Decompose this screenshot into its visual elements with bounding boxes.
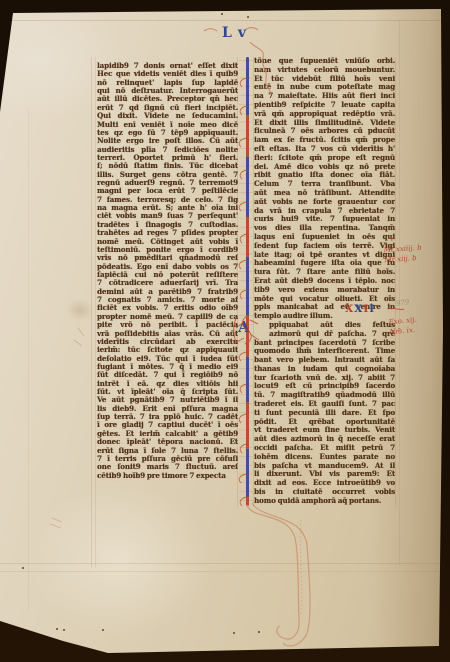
text-line: qui nō deſtruatur. Interrogauerūt bbox=[97, 87, 238, 95]
text-line: Qui dixit. Videte ne ſeducamini. bbox=[97, 112, 238, 120]
manuscript-page: Lv lapidib9 7 donis ornat' eſſet dixitHe… bbox=[0, 0, 450, 662]
text-line: vrīs nō pmēditari qn̄admodū reſ bbox=[97, 254, 238, 262]
ink-dot bbox=[221, 13, 223, 15]
photo-background: Lv lapidib9 7 donis ornat' eſſet dixitHe… bbox=[0, 0, 450, 662]
text-line: ierlm̄: tūc ſcitote qz appīquauit bbox=[97, 346, 238, 354]
text-line: 7 cōtradicere aduerſarij vrī. Tra bbox=[97, 279, 238, 287]
text-line: iam ex ſe fructū. ſcitis qm̄ prope bbox=[254, 136, 395, 145]
text-column-left: lapidib9 7 donis ornat' eſſet dixitHec q… bbox=[97, 62, 238, 480]
text-line: donec īpleāt' tēpora nacionū. Et bbox=[97, 438, 238, 446]
chapter-initial: A bbox=[238, 318, 250, 336]
fold-crease bbox=[28, 110, 29, 610]
text-line: lapidib9 7 donis ornat' eſſet dixit bbox=[97, 62, 238, 70]
text-line: pōdeatis. Ego enī dabo vobis os 7 bbox=[97, 263, 238, 271]
text-line: illis. Surget gens cōtra gentē. 7 bbox=[97, 171, 238, 179]
ruling-line-left-inner bbox=[95, 57, 96, 567]
ink-dot bbox=[63, 629, 65, 631]
text-line: aūt vobis ne forte grauentur cor bbox=[254, 198, 395, 207]
text-line: ſ; nōdū ſtatim finis. Tūc dicebat bbox=[97, 162, 238, 170]
text-line: pientib9 reſpicite 7 leuate capita bbox=[254, 101, 395, 110]
text-line: terreri. Oportet primū h' fieri. bbox=[97, 154, 238, 162]
text-line: cētib9 hoīb9 pre timore 7 expecta bbox=[97, 472, 238, 480]
text-line: laqus enī ſupueniet in oēs qui bbox=[254, 233, 395, 242]
pencil-foliation: 979 bbox=[396, 298, 410, 308]
text-line: late itaq; oī tpē orantes vt digni bbox=[254, 251, 395, 260]
ruling-line-bottom-2 bbox=[0, 571, 440, 572]
text-line: vt traderet eum ſine turbis. Venit bbox=[254, 426, 395, 435]
running-header: Lv bbox=[212, 22, 262, 41]
text-line: erūt 7 qd ſignū cū fieri incipiēt. bbox=[97, 104, 238, 112]
text-line: entē in nube cum poteſtate mag bbox=[254, 83, 395, 92]
text-line: thanas in iudam qui cognoīaba bbox=[254, 365, 395, 374]
text-line: quomodo ihm̄ interficerent. Time bbox=[254, 347, 395, 356]
text-line: dei. Amē dico vobis qz nō prete bbox=[254, 163, 395, 172]
text-line: viderītis circūdari ab exercitu bbox=[97, 338, 238, 346]
text-line: ſedent ſup faciem oīs terrē. Vigi bbox=[254, 242, 395, 251]
text-line: traderet eis. Et gauiſi ſunt. 7 pac bbox=[254, 400, 395, 409]
text-line: deſolatio ei9. Tūc qui ī iudea ſūt bbox=[97, 355, 238, 363]
text-line: 7 ī terris pſſura gēciū pre cōfuſi bbox=[97, 455, 238, 463]
text-column-right: tōne que ſupueniēt vniūſo orbi.nam virtu… bbox=[254, 57, 395, 506]
text-line: habeamini fugere iſta oīa que fu bbox=[254, 259, 395, 268]
text-line: ſūt diſcedāt. 7 qui ī regiōib9 nō bbox=[97, 371, 238, 379]
margin-smudges bbox=[50, 328, 84, 528]
ruling-line-bottom-1 bbox=[0, 563, 440, 564]
text-line: pite vrō nō peribit. ī paciēcia bbox=[97, 321, 238, 329]
text-line: aūt mea nō trāſibunt. Attendite bbox=[254, 189, 395, 198]
text-line: bant vero plebem. Intrauit aūt ſa bbox=[254, 356, 395, 365]
text-line: na magna erūt. S; ante h' oīa ini bbox=[97, 204, 238, 212]
text-line: na 7 maieſtate. Hiis aūt fieri inci bbox=[254, 92, 395, 101]
ruling-line-left-outer bbox=[91, 57, 92, 567]
text-line: Celum 7 terra tranſibunt. Vba bbox=[254, 180, 395, 189]
text-line: Multi enī veniēt ī noīe meo dicē bbox=[97, 121, 238, 129]
numeral-letter: X bbox=[345, 303, 354, 315]
text-line: 7 cognatis 7 amicis. 7 morte af bbox=[97, 296, 238, 304]
text-line: intrēt ī eā. qz dies vltiōis hii bbox=[97, 380, 238, 388]
text-line: Nolite ergo ire poſt illos. Cū aūt bbox=[97, 137, 238, 145]
text-line: bis in ciuitatē occurret vobis bbox=[254, 488, 395, 497]
text-line: dixit ad eos. Ecce introeūtib9 vo bbox=[254, 479, 395, 488]
text-line: ti ſunt pecuniā illi dare. Et ſpo bbox=[254, 409, 395, 418]
text-line: ſūt. vt īpleāt' oīa q̄ ſcripta ſūt. bbox=[97, 388, 238, 396]
text-line: aūt illū dicētes. Preceptor qn̄ hec bbox=[97, 95, 238, 103]
text-line: ciēt vobis man9 ſuas 7 perſequnt' bbox=[97, 212, 238, 220]
text-line: ppīquabat aūt dies feſtus bbox=[254, 321, 395, 330]
ruling-line-right-outer bbox=[399, 20, 400, 565]
ink-dot bbox=[375, 7, 377, 9]
ink-dot bbox=[233, 632, 235, 634]
text-line: audieritis plīa 7 ſediciōes nolite bbox=[97, 146, 238, 154]
text-line: one ſonit9 maris 7 fluctuū. areſ bbox=[97, 463, 238, 471]
text-line: Et tūc videbūt filiū hoīs veni bbox=[254, 75, 395, 84]
text-line: 7 fames. terroresq; de celo. 7 ſig bbox=[97, 196, 238, 204]
text-line: ribit gnatio iſta donec oīa fiāt. bbox=[254, 171, 395, 180]
margin-note-references: Exo. xij. Nm̄. ix. bbox=[388, 313, 440, 337]
header-numeral: Lv bbox=[222, 25, 252, 41]
text-line: Et dixit illis ſimilitudinē. Videte bbox=[254, 119, 395, 128]
ruling-line-right-inner bbox=[395, 57, 396, 507]
ink-dot bbox=[56, 628, 58, 630]
text-line: aūt dies azimorū in q̄ neceſſe erat bbox=[254, 435, 395, 444]
text-line: tōne que ſupueniēt vniūſo orbi. bbox=[254, 57, 395, 66]
ink-dot bbox=[247, 16, 249, 18]
text-line: nomē meū. Cōtinget aūt vobis ī bbox=[97, 238, 238, 246]
ink-dot bbox=[22, 567, 24, 569]
numeral-letter: I bbox=[369, 303, 375, 315]
text-line: pōdit. Et qrēbat oportunitatē bbox=[254, 418, 395, 427]
text-line: tib9 vero exiens morabatur in bbox=[254, 286, 395, 295]
chapter-numeral: XXII bbox=[345, 303, 375, 315]
text-line: regnū aduerſ9 regnū. 7 terremot9 bbox=[97, 179, 238, 187]
text-line: Erat aūt dieb9 docens ī tēplo. noc bbox=[254, 277, 395, 286]
intercolumn-bar bbox=[246, 57, 249, 506]
text-line: ſup terrā. 7 ira pplō huic. 7 cadēt bbox=[97, 413, 238, 421]
text-line: occidi paſcha. Et miſit petrū 7 bbox=[254, 444, 395, 453]
text-line: vrā qm̄ appropīquat redēptio vrā. bbox=[254, 110, 395, 119]
text-line: eſt eſtas. Ita 7 vos cū viderītis h' bbox=[254, 145, 395, 154]
text-line: Hec que videtis veniēt dies ī quib9 bbox=[97, 70, 238, 78]
text-line: bant principes ſacerdotū 7 ſcribe bbox=[254, 339, 395, 348]
text-line: mōte qui vocatur oliueti. Et oīs bbox=[254, 295, 395, 304]
ink-dot bbox=[258, 631, 260, 633]
text-line: tes qz ego ſū 7 tēp9 appīquauit. bbox=[97, 129, 238, 137]
text-line: fieri: ſcitote qm̄ prope eſt regnū bbox=[254, 154, 395, 163]
numeral-letter: X bbox=[354, 303, 363, 315]
margin-note-parallels: Mt̄ xxiiij. b Mr̄ xiij. b bbox=[383, 241, 448, 265]
text-line: Ve aūt pgnātib9 7 nutriētib9 ī il bbox=[97, 396, 238, 404]
text-line: nam virtutes celorū mouebuntur. bbox=[254, 66, 395, 75]
text-line: ſapiēciā cui nō poterūt reſiſtere bbox=[97, 271, 238, 279]
text-line: ficiēt ex vobis. 7 eritis odio oīb9 bbox=[97, 304, 238, 312]
ruling-line-top bbox=[12, 20, 442, 21]
tail-loop bbox=[247, 503, 310, 646]
text-line: bis paſcha vt manducem9. At il bbox=[254, 462, 395, 471]
text-line: da vrā in crapula 7 ebrietate 7 bbox=[254, 207, 395, 216]
text-line: tura ſūt. 7 ſtare ante filiū hoīs. bbox=[254, 268, 395, 277]
text-line: li dixerunt. Vbi vis parem9: Et bbox=[254, 470, 395, 479]
text-line: ficulneā 7 oēs arbores cū pducūt bbox=[254, 127, 395, 136]
text-line: azimorū qui dr̄ paſcha. 7 qrē bbox=[254, 330, 395, 339]
ink-dot bbox=[102, 629, 104, 631]
text-line: nō relinquet' lapis ſup lapidē bbox=[97, 79, 238, 87]
text-line: curis hui9 vite. 7 ſupueniat in bbox=[254, 215, 395, 224]
text-line: teſtimoniū. ponite ergo ī cordib9 bbox=[97, 246, 238, 254]
text-line: tur ſcarioth vnū de. xij. 7 abiit 7 bbox=[254, 374, 395, 383]
text-line: lis dieb9. Erit enī pſſura magna bbox=[97, 405, 238, 413]
text-line: fugiant ī mōtes. 7 q̄ ī medio ei9 bbox=[97, 363, 238, 371]
text-line: vos dies illa repentina. Tanqm̄ bbox=[254, 224, 395, 233]
margin-note-cross: + bbox=[388, 234, 396, 245]
text-line: trahētes ad reges 7 pſīdes propter bbox=[97, 229, 238, 237]
text-line: gētes. Et ierlm̄ calcabit' a gētib9 bbox=[97, 430, 238, 438]
text-line: magni per loca erūt 7 peſtilēcie bbox=[97, 187, 238, 195]
text-line: tradētes ī ſinagogis 7 cuſtodias. bbox=[97, 221, 238, 229]
text-line: homo quidā amphorā aq̄ portans. bbox=[254, 497, 395, 506]
text-line: ī ore gladij 7 captiui ducēt' ī oēs bbox=[97, 421, 238, 429]
text-line: iohēm dicens. Euntes parate no bbox=[254, 453, 395, 462]
text-line: vrā poſſidebitis aīas vrās. Cū aūt bbox=[97, 330, 238, 338]
text-line: tū. 7 magiſtratib9 qūadmodū illū bbox=[254, 391, 395, 400]
text-line: demini aūt a parētib9 7 fratrib9 bbox=[97, 288, 238, 296]
text-line: propter nomē meū. 7 capill9 de ca bbox=[97, 313, 238, 321]
text-line: locut9 eſt cū principib9 ſacerdo bbox=[254, 382, 395, 391]
text-line: erūt ſigna ī ſole 7 luna 7 ſtellis. bbox=[97, 447, 238, 455]
